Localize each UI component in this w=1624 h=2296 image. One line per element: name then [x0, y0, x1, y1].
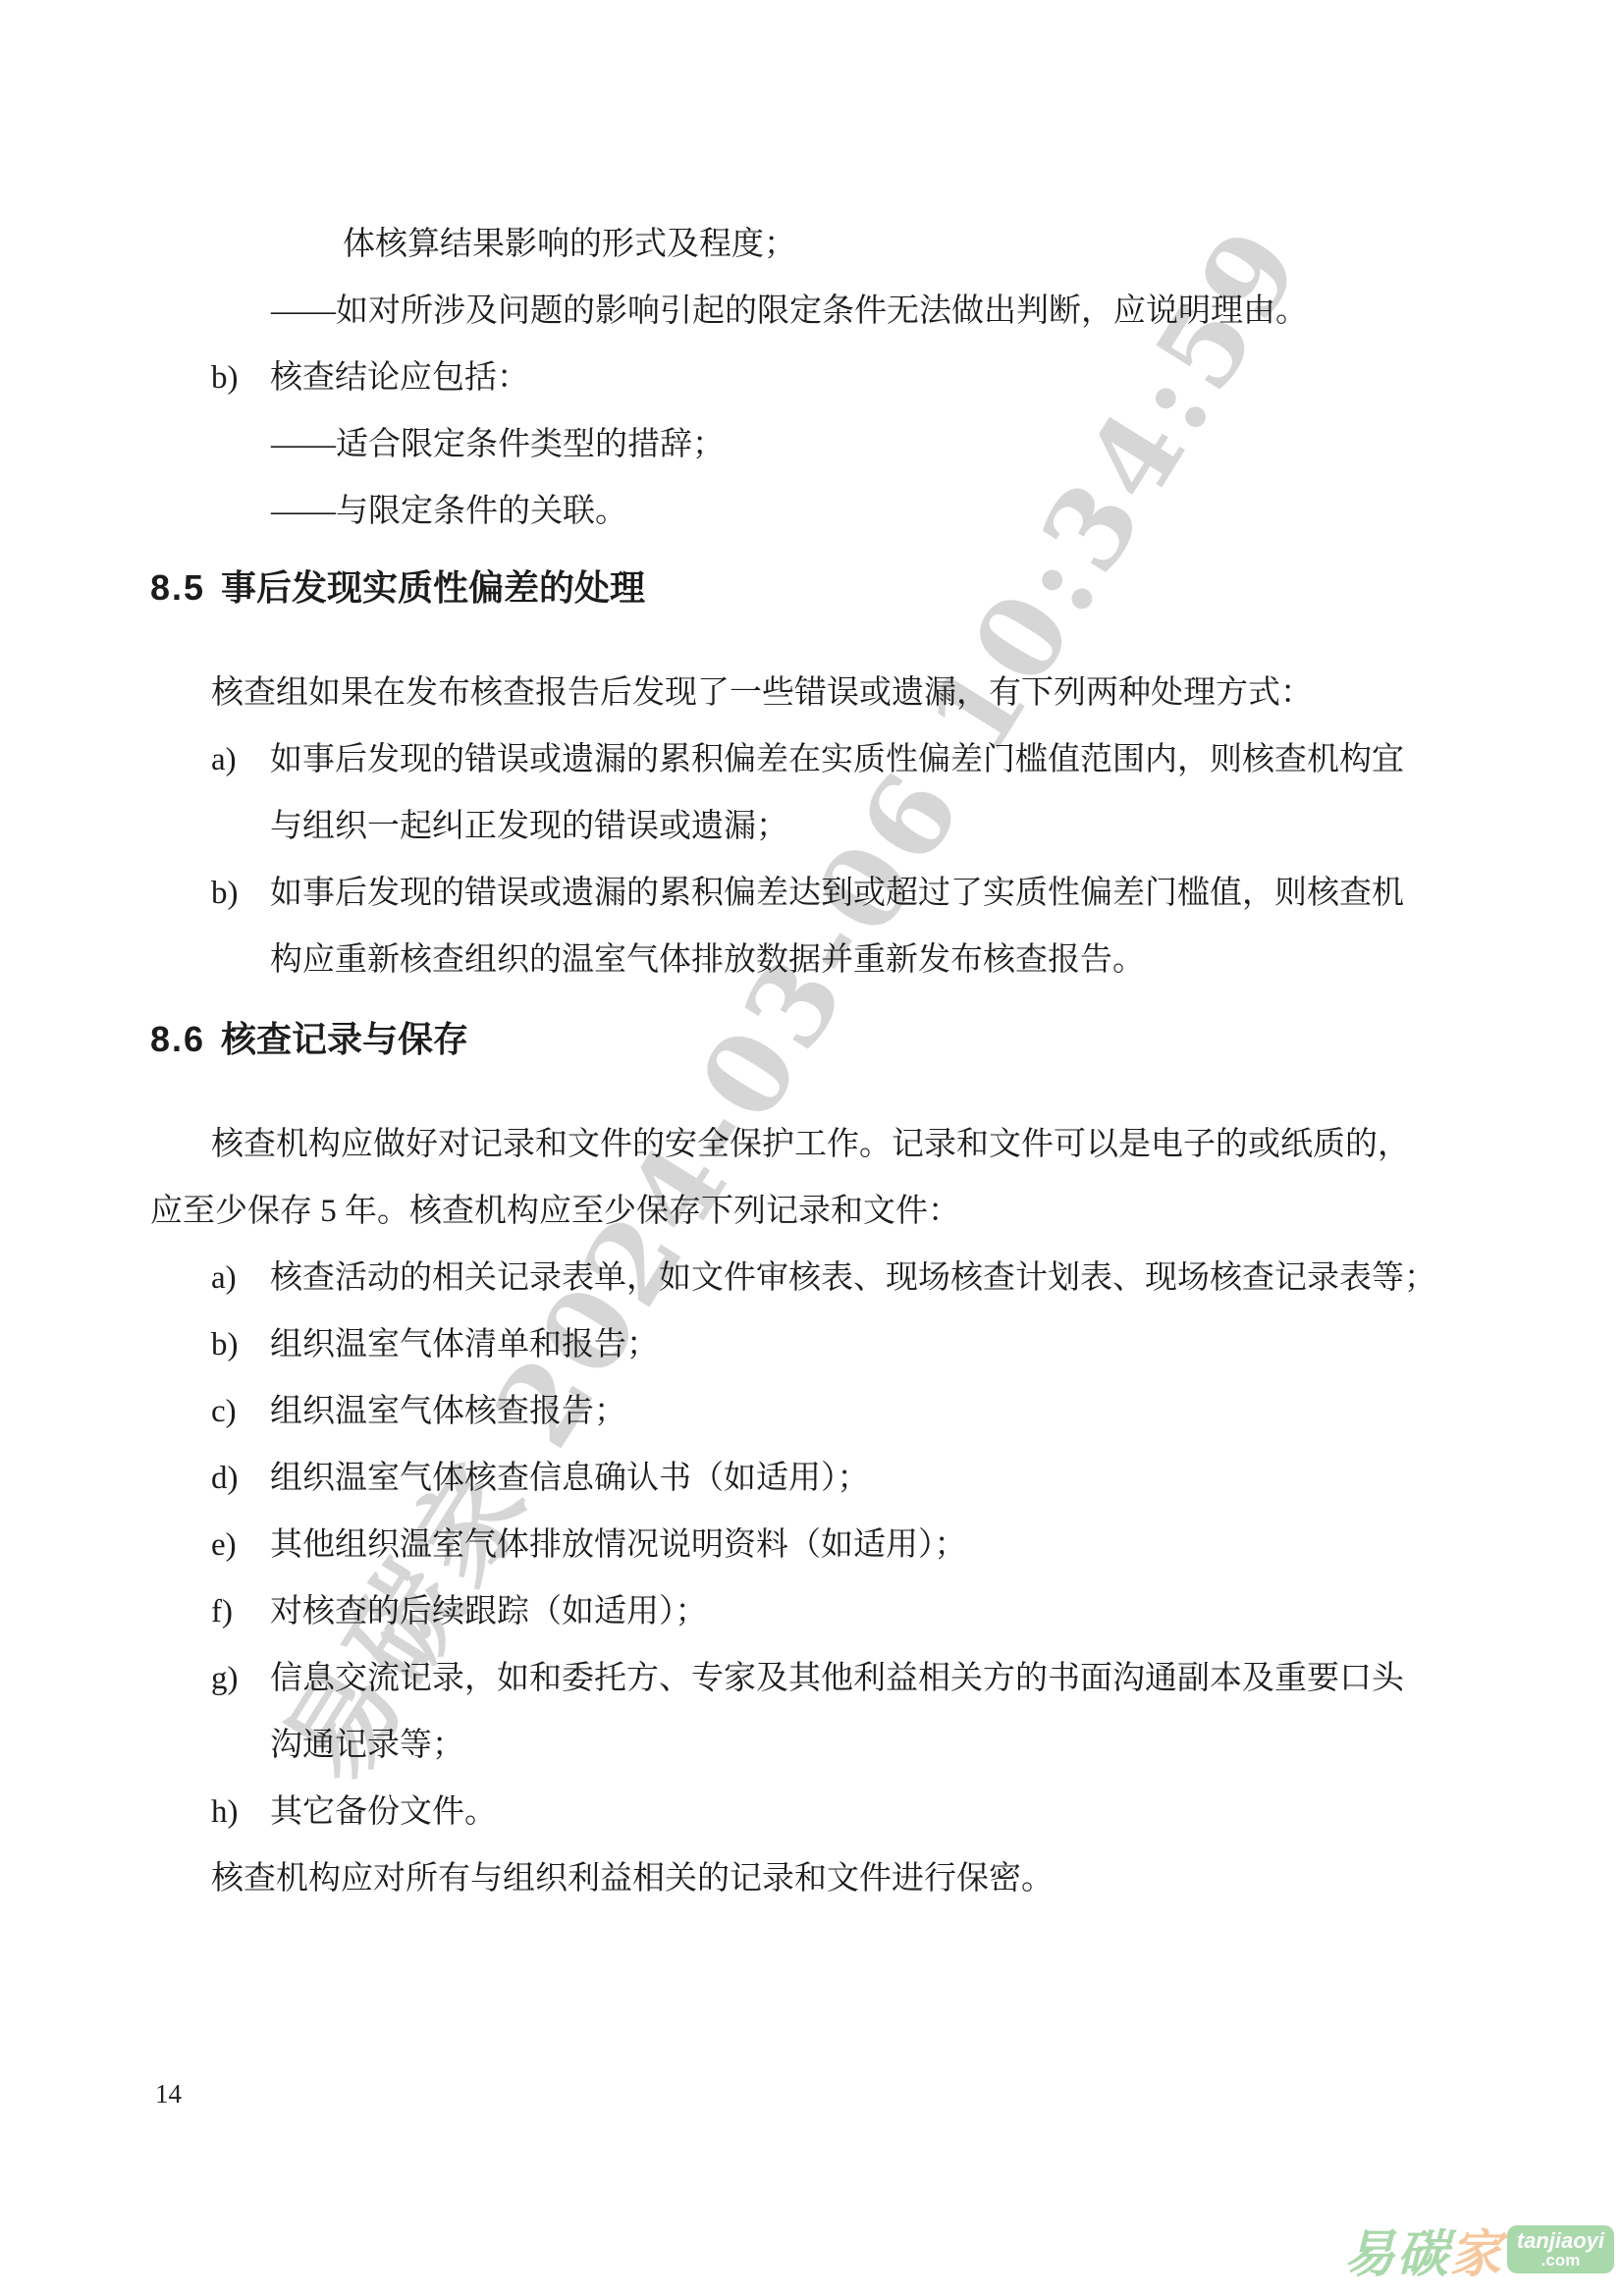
text-line: 体核算结果影响的形式及程度；: [150, 211, 1495, 278]
section-number: 8.5: [150, 555, 221, 621]
list-item-continuation: 沟通记录等；: [150, 1712, 1495, 1779]
closing-paragraph: 核查机构应对所有与组织利益相关的记录和文件进行保密。: [150, 1845, 1495, 1912]
list-text: 对核查的后续跟踪（如适用）；: [270, 1594, 708, 1629]
list-text: 组织温室气体核查报告；: [270, 1394, 626, 1429]
paragraph-line: 核查组如果在发布核查报告后发现了一些错误或遗漏，有下列两种处理方式：: [150, 660, 1495, 726]
list-item-a: a)如事后发现的错误或遗漏的累积偏差在实质性偏差门槛值范围内，则核查机构宜: [150, 726, 1495, 793]
list-label: e): [211, 1512, 270, 1578]
list-item-b: b)核查结论应包括：: [150, 345, 1495, 411]
list-label: g): [211, 1645, 270, 1712]
paragraph-line: 应至少保存 5 年。核查机构应至少保存下列记录和文件：: [150, 1178, 1495, 1245]
list-item-b: b)如事后发现的错误或遗漏的累积偏差达到或超过了实质性偏差门槛值，则核查机: [150, 860, 1495, 927]
document-body: 体核算结果影响的形式及程度； ——如对所涉及问题的影响引起的限定条件无法做出判断…: [150, 211, 1495, 1912]
page-number: 14: [155, 2079, 182, 2109]
logo-cn-orange-text: 家: [1450, 2213, 1501, 2286]
list-item-e: e)其他组织温室气体排放情况说明资料（如适用）；: [150, 1512, 1495, 1578]
list-item-b: b)组织温室气体清单和报告；: [150, 1311, 1495, 1378]
section-title: 事后发现实质性偏差的处理: [221, 567, 645, 608]
list-item-continuation: 构应重新核查组织的温室气体排放数据并重新发布核查报告。: [150, 927, 1495, 993]
section-title: 核查记录与保存: [221, 1019, 468, 1059]
logo-domain-badge: tanjiaoyi .com: [1507, 2225, 1614, 2274]
section-heading-8-5: 8.5事后发现实质性偏差的处理: [150, 555, 1495, 621]
list-item-c: c)组织温室气体核查报告；: [150, 1378, 1495, 1445]
section-number: 8.6: [150, 1006, 221, 1073]
logo-domain-line1: tanjiaoyi: [1517, 2229, 1604, 2252]
list-text: 核查活动的相关记录表单，如文件审核表、现场核查计划表、现场核查记录表等；: [270, 1260, 1436, 1296]
list-text: 信息交流记录，如和委托方、专家及其他利益相关方的书面沟通副本及重要口头: [270, 1661, 1404, 1696]
list-item-a: a)核查活动的相关记录表单，如文件审核表、现场核查计划表、现场核查记录表等；: [150, 1245, 1495, 1311]
logo-cn-green-text: 易碳: [1344, 2213, 1450, 2286]
list-text: 如事后发现的错误或遗漏的累积偏差达到或超过了实质性偏差门槛值，则核查机: [270, 876, 1404, 911]
list-text: 组织温室气体清单和报告；: [270, 1327, 659, 1362]
list-item-continuation: 与组织一起纠正发现的错误或遗漏；: [150, 793, 1495, 860]
list-label: f): [211, 1578, 270, 1645]
list-text: 组织温室气体核查信息确认书（如适用）；: [270, 1461, 870, 1496]
dash-list-item: ——适合限定条件类型的措辞；: [150, 411, 1495, 478]
paragraph-line: 核查机构应做好对记录和文件的安全保护工作。记录和文件可以是电子的或纸质的，: [150, 1111, 1495, 1178]
list-text: 其它备份文件。: [270, 1794, 497, 1830]
list-label: a): [211, 1245, 270, 1311]
list-text: 其他组织温室气体排放情况说明资料（如适用）；: [270, 1527, 967, 1563]
list-item-d: d)组织温室气体核查信息确认书（如适用）；: [150, 1445, 1495, 1512]
list-text: 如事后发现的错误或遗漏的累积偏差在实质性偏差门槛值范围内，则核查机构宜: [270, 742, 1404, 777]
list-item-g: g)信息交流记录，如和委托方、专家及其他利益相关方的书面沟通副本及重要口头: [150, 1645, 1495, 1712]
list-label: b): [211, 1311, 270, 1378]
list-label: b): [211, 345, 270, 411]
list-label: d): [211, 1445, 270, 1512]
list-label: b): [211, 860, 270, 927]
list-text: 核查结论应包括：: [270, 360, 529, 396]
dash-list-item: ——如对所涉及问题的影响引起的限定条件无法做出判断，应说明理由。: [150, 278, 1495, 345]
list-item-h: h)其它备份文件。: [150, 1779, 1495, 1845]
list-label: a): [211, 726, 270, 793]
tanjiaoyi-logo: 易碳家 tanjiaoyi .com: [1344, 2213, 1614, 2286]
dash-list-item: ——与限定条件的关联。: [150, 478, 1495, 545]
document-page: { "page": { "number": "14" }, "watermark…: [0, 0, 1624, 2296]
list-item-f: f)对核查的后续跟踪（如适用）；: [150, 1578, 1495, 1645]
section-heading-8-6: 8.6核查记录与保存: [150, 1006, 1495, 1073]
list-label: c): [211, 1378, 270, 1445]
logo-domain-line2: .com: [1517, 2252, 1604, 2269]
list-label: h): [211, 1779, 270, 1845]
